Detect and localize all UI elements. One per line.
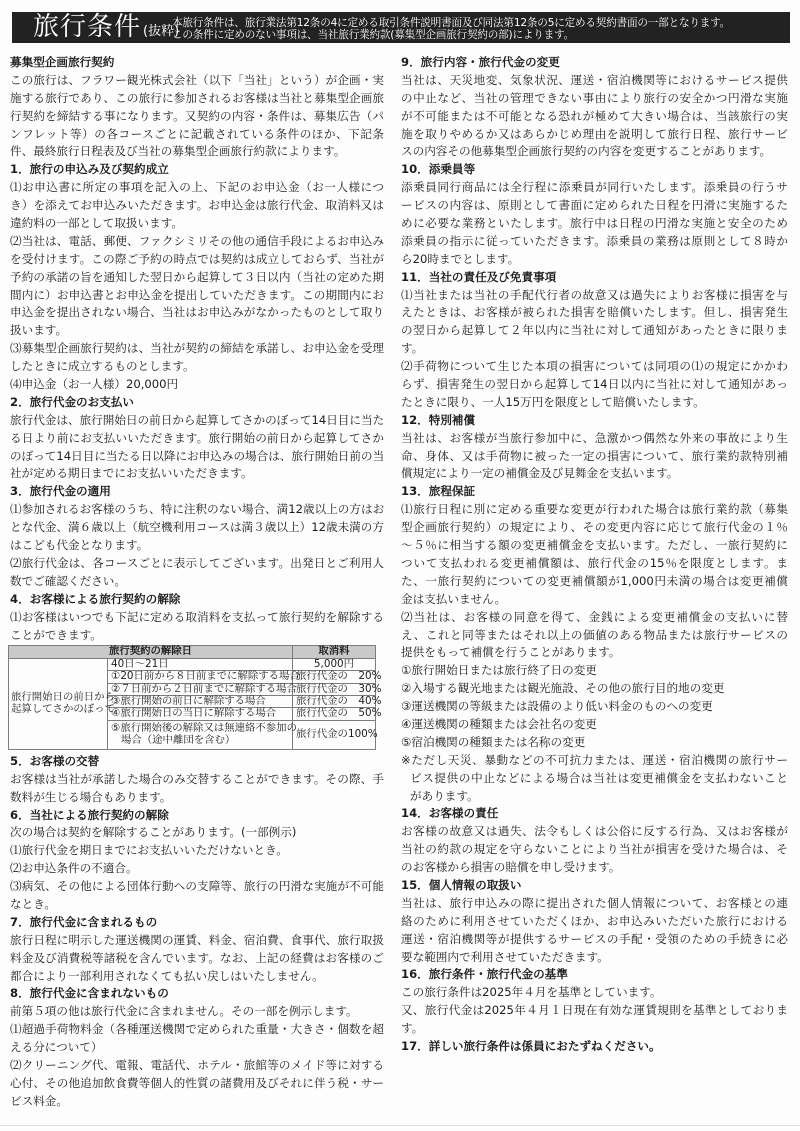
text-line: 当社は、旅行申込みの際に提出された個人情報について、お客様との連 <box>401 895 788 913</box>
text-line: ビス料金。 <box>10 1093 384 1111</box>
text-line: ⑵当社は、お客様の同意を得て、金銭による変更補償金の支払いに替 <box>401 609 788 627</box>
text-line: 運送・宿泊機関等が提供するサービスの手配・受領のための手続きに必 <box>401 931 788 949</box>
section-heading: 募集型企画旅行契約 <box>10 54 384 72</box>
section-15-personal-information: 15．個人情報の取扱い 当社は、旅行申込みの際に提出された個人情報について、お客… <box>401 877 788 966</box>
section-7-included-costs: 7．旅行代金に含まれるもの 旅行日程に明示した運送機関の運賃、料金、宿泊費、食事… <box>10 914 384 986</box>
text-line: 違約料の一部として取扱います。 <box>10 215 384 233</box>
cancellation-fee-table: 旅行契約の解除日 取消料 旅行開始日の前日から 起算してさかのぼって 40日～2… <box>8 645 376 749</box>
text-line: この旅行条件は2025年４月を基準としています。 <box>401 984 788 1002</box>
text-line: 施を取りやめるか又はあらかじめ理由を説明して旅行日程、旅行サービ <box>401 126 788 144</box>
section-heading: 16．旅行条件・旅行代金の基準 <box>401 966 788 984</box>
table-header-row: 旅行契約の解除日 取消料 <box>9 646 376 658</box>
right-column: 9．旅行内容・旅行代金の変更 当社は、天災地変、気象状況、運送・宿泊機関等におけ… <box>401 54 788 1056</box>
cancel-fee: 旅行代金の 30% <box>293 683 376 695</box>
section-16-reference-date: 16．旅行条件・旅行代金の基準 この旅行条件は2025年４月を基準としています。… <box>401 966 788 1038</box>
text-line: す。 <box>401 1020 788 1038</box>
row-group-label: 旅行開始日の前日から 起算してさかのぼって <box>9 658 108 749</box>
text-line: 型企画旅行契約）の規定により、その変更内容に応じて旅行代金の１％ <box>401 519 788 537</box>
text-line: える分について） <box>10 1039 384 1057</box>
cancel-period: ④旅行開始日の当日に解除する場合 <box>108 708 293 720</box>
header-cancel-date: 旅行契約の解除日 <box>9 646 293 658</box>
text-line: 添乗員同行商品には全行程に添乗員が同行いたします。添乗員の行うサ <box>401 179 788 197</box>
cancel-fee: 旅行代金の 50% <box>293 708 376 720</box>
text-line: ついて支払われる変更補償額は、旅行代金の15％を限度とします。ま <box>401 555 788 573</box>
text-line: ⑴参加されるお客様のうち、特に注釈のない場合、満12歳以上の方はお <box>10 501 384 519</box>
section-heading: 4．お客様による旅行契約の解除 <box>10 591 384 609</box>
cancel-period: 40日～21日 <box>108 658 293 670</box>
text-line: 償規定により一定の補償金及び見舞金を支払います。 <box>401 465 788 483</box>
text-line: ⑵当社は、電話、郵便、ファクシミリその他の通信手段によるお申込み <box>10 233 384 251</box>
cancel-fee: 旅行代金の 20% <box>293 671 376 683</box>
text-line: 心付、その他追加飲食費等個人的性質の諸費用及びそれに伴う税・サー <box>10 1075 384 1093</box>
text-line: 添乗員の指示に従っていただきます。添乗員の業務は原則として８時か <box>401 233 788 251</box>
section-11-liability: 11．当社の責任及び免責事項 ⑴当社または当社の手配代行者の故意又は過失によりお… <box>401 269 788 412</box>
note-line: ビス提供の中止などによる場合は当社は変更補償金を支払わないこと <box>401 770 788 788</box>
text-line: たときに限り、一人15万円を限度として賠償いたします。 <box>401 394 788 412</box>
text-line: 金は支払いません。 <box>401 591 788 609</box>
text-line: ⑶募集型企画旅行契約は、当社が契約の締結を承諾し、お申込金を受理 <box>10 340 384 358</box>
section-heading: 12．特別補償 <box>401 412 788 430</box>
text-line: 施する旅行であり、この旅行に参加されるお客様は当社と募集型企画旅 <box>10 90 384 108</box>
text-line: 料金及び消費税等諸税を含んでいます。なお、上記の経費はお客様のご <box>10 950 384 968</box>
text-line: ら20時までとします。 <box>401 251 788 269</box>
text-line: ⑴お申込書に所定の事項を記入の上、下記のお申込金（お一人様につ <box>10 179 384 197</box>
text-line: らず、損害発生の翌日から起算して14日以内に当社に対して通知があっ <box>401 376 788 394</box>
text-line: えたときは、お客様が被られた損害を賠償いたします。但し、損害発生 <box>401 304 788 322</box>
text-line: お客様は当社が承諾した場合のみ交替することができます。その際、手 <box>10 771 384 789</box>
section-13-itinerary-guarantee: 13．旅程保証 ⑴旅行日程に別に定める重要な変更が行われた場合は旅行業約款（募集… <box>401 483 788 805</box>
section-heading: 10．添乗員等 <box>401 161 788 179</box>
text-line: はこども代金となります。 <box>10 537 384 555</box>
section-8-excluded-costs: 8．旅行代金に含まれないもの 前第５項の他は旅行代金に含まれません。その一部を例… <box>10 985 384 1110</box>
text-line: のぼって14日目に当たる日以降にお申込みの場合は、旅行開始日前の当 <box>10 448 384 466</box>
document-title: 旅行条件(抜粋) <box>33 12 179 43</box>
text-line: 要な範囲内で利用させていただきます。 <box>401 949 788 967</box>
section-heading: 11．当社の責任及び免責事項 <box>401 269 788 287</box>
text-line: 当社の約款の規定を守らないことにより当社が損害を受けた場合は、そ <box>401 841 788 859</box>
header-note-line: この条件に定めのない事項は、当社旅行業約款(募集型企画旅行契約の部)によります。 <box>172 29 730 41</box>
section-4-customer-cancellation: 4．お客様による旅行契約の解除 ⑴お客様はいつでも下記に定める取消料を支払って旅… <box>10 591 384 750</box>
text-line: ⑴超過手荷物料金（各種運送機関で定められた重量・大きさ・個数を超 <box>10 1021 384 1039</box>
text-line: る日より前にお支払いいただきます。旅行開始の前日から起算してさか <box>10 430 384 448</box>
text-line: ～５％に相当する額の変更補償金を支払います。ただし、一旅行契約に <box>401 537 788 555</box>
list-item: ②入場する観光地または観光施設、その他の旅行目的地の変更 <box>401 680 788 698</box>
text-line: 申込金を提出されない場合、当社はお申込みがなかったものとして取り <box>10 304 384 322</box>
list-item: ⑤宿泊機関の種類または名称の変更 <box>401 734 788 752</box>
text-line: た、一旅行契約についての変更補償額が1,000円未満の場合は変更補償 <box>401 573 788 591</box>
text-line: お客様の故意又は過失、法令もしくは公俗に反する行為、又はお客様が <box>401 823 788 841</box>
cancel-fee: 旅行代金の100% <box>293 720 376 749</box>
note-line: ※ただし天災、暴動などの不可抗力または、運送・宿泊機関の旅行サー <box>401 752 788 770</box>
text-line: の翌日から起算して２年以内に当社に対して通知があったときに限りま <box>401 322 788 340</box>
text-line: スの内容その他募集型企画旅行契約の内容を変更することがあります。 <box>401 143 788 161</box>
section-heading: 6．当社による旅行契約の解除 <box>10 807 384 825</box>
section-6-company-cancellation: 6．当社による旅行契約の解除 次の場合は契約を解除することがあります。(一部例示… <box>10 807 384 914</box>
section-12-special-compensation: 12．特別補償 当社は、お客様が当旅行参加中に、急激かつ偶然な外来の事故により生… <box>401 412 788 484</box>
section-heading: 3．旅行代金の適用 <box>10 483 384 501</box>
list-item: ①旅行開始日または旅行終了日の変更 <box>401 662 788 680</box>
title-text: 旅行条件 <box>33 12 141 42</box>
list-item: ④運送機関の種類または会社名の変更 <box>401 716 788 734</box>
section-heading: 15．個人情報の取扱い <box>401 877 788 895</box>
list-item: ③運送機関の等級または設備のより低い料金のものへの変更 <box>401 698 788 716</box>
text-line: 次の場合は契約を解除することがあります。(一部例示) <box>10 824 384 842</box>
text-line: ことができます。 <box>10 627 384 645</box>
section-heading: 8．旅行代金に含まれないもの <box>10 985 384 1003</box>
text-line: ⑵お申込条件の不適合。 <box>10 860 384 878</box>
text-line: 予約の承諾の旨を通知した翌日から起算して３日以内（当社の定めた期 <box>10 269 384 287</box>
cancel-period: ⑤旅行開始後の解除又は無連絡不参加の 場合（途中離団を含む） <box>108 720 293 749</box>
text-line: 件、最終旅行日程表及び当社の募集型企画旅行約款によります。 <box>10 143 384 161</box>
text-line: ⑵クリーニング代、電報、電話代、ホテル・旅館等のメイド等に対する <box>10 1057 384 1075</box>
text-line: す。 <box>401 340 788 358</box>
text-line: ⑴旅行代金を期日までにお支払いいただけないとき。 <box>10 842 384 860</box>
section-5-substitution: 5．お客様の交替 お客様は当社が承諾した場合のみ交替することができます。その際、… <box>10 753 384 807</box>
header-notes: 本旅行条件は、旅行業法第12条の4に定める取引条件説明書面及び同法第12条の5に… <box>172 17 730 41</box>
text-line: 当社は、お客様が当旅行参加中に、急激かつ偶然な外来の事故により生 <box>401 430 788 448</box>
cancel-fee: 5,000円 <box>293 658 376 670</box>
text-line: 扱います。 <box>10 322 384 340</box>
text-line: ⑶病気、その他による団体行動への支障等、旅行の円滑な実施が不可能 <box>10 878 384 896</box>
text-line: めに必要な業務といたします。旅行中は日程の円滑な実施と安全のため <box>401 215 788 233</box>
text-line: したときに成立するものとします。 <box>10 358 384 376</box>
header-bar: 旅行条件(抜粋) 本旅行条件は、旅行業法第12条の4に定める取引条件説明書面及び… <box>12 12 790 43</box>
header-note-line: 本旅行条件は、旅行業法第12条の4に定める取引条件説明書面及び同法第12条の5に… <box>172 17 730 29</box>
text-line: 都合により一部利用されなくても払い戻しはいたしません。 <box>10 968 384 986</box>
section-heading: 9．旅行内容・旅行代金の変更 <box>401 54 788 72</box>
text-line: が不可能または不可能となる恐れが極めて大きい場合は、当該旅行の実 <box>401 108 788 126</box>
text-line: ⑴当社または当社の手配代行者の故意又は過失によりお客様に損害を与 <box>401 287 788 305</box>
section-2-payment: 2．旅行代金のお支払い 旅行代金は、旅行開始日の前日から起算してさかのぼって14… <box>10 394 384 483</box>
text-line: 数料が生じる場合もあります。 <box>10 789 384 807</box>
text-line: ンフレット等）の各コースごとに記載されている条件のほか、下記条 <box>10 126 384 144</box>
section-9-itinerary-change: 9．旅行内容・旅行代金の変更 当社は、天災地変、気象状況、運送・宿泊機関等におけ… <box>401 54 788 161</box>
text-line: ービスの内容は、原則として書面に定められた日程を円滑に実施するた <box>401 197 788 215</box>
text-line: ⑴お客様はいつでも下記に定める取消料を支払って旅行契約を解除する <box>10 609 384 627</box>
cancel-period: ①20日前から８日前までに解除する場合 <box>108 671 293 683</box>
section-heading: 14．お客様の責任 <box>401 805 788 823</box>
group-label-line: 起算してさかのぼって <box>11 704 104 715</box>
section-heading: 5．お客様の交替 <box>10 753 384 771</box>
text-line: の中止など、当社の管理できない事由により旅行の安全かつ円滑な実施 <box>401 90 788 108</box>
page-bottom-divider <box>0 1125 800 1126</box>
text-line: 提供をもって補償を行うことがあります。 <box>401 644 788 662</box>
text-line: 数でご確認ください。 <box>10 573 384 591</box>
text-line: この旅行は、フラワー観光株式会社（以下「当社」という）が企画・実 <box>10 72 384 90</box>
section-heading: 7．旅行代金に含まれるもの <box>10 914 384 932</box>
section-heading: 1．旅行の申込み及び契約成立 <box>10 161 384 179</box>
section-heading: 2．旅行代金のお支払い <box>10 394 384 412</box>
section-organized-tour-contract: 募集型企画旅行契約 この旅行は、フラワー観光株式会社（以下「当社」という）が企画… <box>10 54 384 161</box>
cancel-period: ②７日前から２日前までに解除する場合 <box>108 683 293 695</box>
text-line: 行契約を締結する事になります。又契約の内容・条件は、募集広告（パ <box>10 108 384 126</box>
text-line: 命、身体、又は手荷物に被った一定の損害について、旅行業約款特別補 <box>401 448 788 466</box>
section-17-inquiries: 17．詳しい旅行条件は係員におたずねください。 <box>401 1038 788 1056</box>
text-line: なとき。 <box>10 896 384 914</box>
section-3-price-application: 3．旅行代金の適用 ⑴参加されるお客様のうち、特に注釈のない場合、満12歳以上の… <box>10 483 384 590</box>
section-14-customer-responsibility: 14．お客様の責任 お客様の故意又は過失、法令もしくは公俗に反する行為、又はお客… <box>401 805 788 877</box>
text-line: ⑵手荷物について生じた本項の損害については同項の⑴の規定にかかわ <box>401 358 788 376</box>
text-line: 社が定める期日までにお支払いいただきます。 <box>10 465 384 483</box>
section-1-application: 1．旅行の申込み及び契約成立 ⑴お申込書に所定の事項を記入の上、下記のお申込金（… <box>10 161 384 394</box>
cancel-period-line: 場合（途中離団を含む） <box>111 735 289 746</box>
text-line: き）を添えてお申込みいただきます。お申込金は旅行代金、取消料又は <box>10 197 384 215</box>
section-10-tour-conductor: 10．添乗員等 添乗員同行商品には全行程に添乗員が同行いたします。添乗員の行うサ… <box>401 161 788 268</box>
text-line: ⑵旅行代金は、各コースごとに表示してございます。出発日とご利用人 <box>10 555 384 573</box>
text-line: 間内に）お申込書とお申込金を提出していただきます。この期間内にお <box>10 287 384 305</box>
section-heading: 13．旅程保証 <box>401 483 788 501</box>
note-line: があります。 <box>401 788 788 806</box>
text-line: のお客様から損害の賠償を申し受けます。 <box>401 859 788 877</box>
header-cancel-fee: 取消料 <box>293 646 376 658</box>
text-line: 又、旅行代金は2025年４月１日現在有効な運賃規則を基準としておりま <box>401 1002 788 1020</box>
deposit-amount: ⑷申込金（お一人様）20,000円 <box>10 376 384 394</box>
text-line: とな代金、満６歳以上（航空機利用コースは満３歳以上）12歳未満の方 <box>10 519 384 537</box>
text-line: 絡のために利用させていただくほか、お申込みいただいた旅行における <box>401 913 788 931</box>
text-line: 旅行代金は、旅行開始日の前日から起算してさかのぼって14日目に当た <box>10 412 384 430</box>
table-row: 旅行開始日の前日から 起算してさかのぼって 40日～21日 5,000円 <box>9 658 376 670</box>
text-line: 当社は、天災地変、気象状況、運送・宿泊機関等におけるサービス提供 <box>401 72 788 90</box>
text-line: を受付けます。この際ご予約の時点では契約は成立しておらず、当社が <box>10 251 384 269</box>
text-line: え、これと同等またはそれ以上の価値のある物品または旅行サービスの <box>401 627 788 645</box>
text-line: 旅行日程に明示した運送機関の運賃、料金、宿泊費、食事代、旅行取扱 <box>10 932 384 950</box>
left-column: 募集型企画旅行契約 この旅行は、フラワー観光株式会社（以下「当社」という）が企画… <box>10 54 384 1111</box>
text-line: 前第５項の他は旅行代金に含まれません。その一部を例示します。 <box>10 1003 384 1021</box>
text-line: ⑴旅行日程に別に定める重要な変更が行われた場合は旅行業約款（募集 <box>401 501 788 519</box>
section-heading: 17．詳しい旅行条件は係員におたずねください。 <box>401 1038 788 1056</box>
